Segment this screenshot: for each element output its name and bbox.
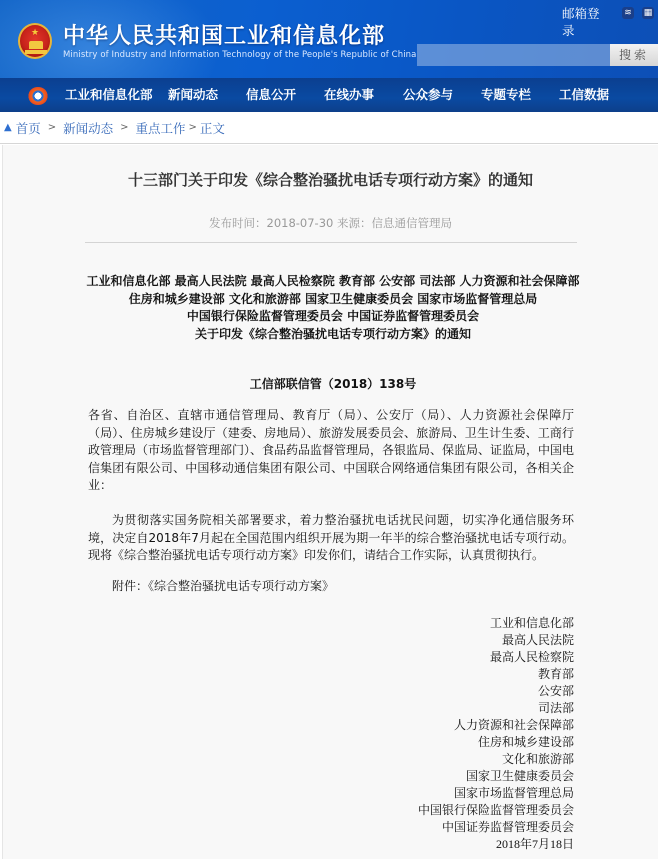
gate-icon: [29, 41, 43, 49]
nav-item-data[interactable]: 工信数据: [559, 78, 609, 112]
grid-icon[interactable]: ▦: [642, 7, 654, 19]
miit-logo-icon[interactable]: [28, 87, 48, 105]
search-button[interactable]: 搜索: [610, 44, 658, 66]
signature-line: 人力资源和社会保障部: [383, 717, 574, 734]
article-title: 十三部门关于印发《综合整治骚扰电话专项行动方案》的通知: [3, 169, 658, 190]
mail-login-link[interactable]: 邮箱登录: [562, 5, 604, 39]
addressee-paragraph: 各省、自治区、直辖市通信管理局、教育厅（局）、公安厅（局）、人力资源社会保障厅（…: [88, 407, 574, 495]
signature-line: 最高人民检察院: [383, 649, 574, 666]
signature-line: 文化和旅游部: [383, 751, 574, 768]
heading-line: 中国银行保险监督管理委员会 中国证券监督管理委员会: [85, 308, 581, 326]
breadcrumb-separator: >: [189, 122, 197, 133]
search-input[interactable]: [417, 44, 610, 66]
document-number: 工信部联信管（2018）138号: [85, 375, 581, 392]
home-icon[interactable]: ▲: [4, 122, 12, 133]
emblem-base: [25, 50, 47, 54]
article-container: 十三部门关于印发《综合整治骚扰电话专项行动方案》的通知 发布时间：2018-07…: [2, 145, 658, 859]
breadcrumb-key-work[interactable]: 重点工作: [136, 119, 186, 137]
signature-line: 教育部: [383, 666, 574, 683]
breadcrumb-separator: >: [120, 122, 128, 133]
signature-line: 中国证券监督管理委员会: [383, 819, 574, 836]
heading-line: 工业和信息化部 最高人民法院 最高人民检察院 教育部 公安部 司法部 人力资源和…: [85, 273, 581, 291]
signature-line: 中国银行保险监督管理委员会: [383, 802, 574, 819]
nav-item-info-disclosure[interactable]: 信息公开: [246, 78, 296, 112]
signature-line: 国家卫生健康委员会: [383, 768, 574, 785]
breadcrumb-news[interactable]: 新闻动态: [63, 119, 113, 137]
nav-item-online-services[interactable]: 在线办事: [324, 78, 374, 112]
document-heading: 工业和信息化部 最高人民法院 最高人民检察院 教育部 公安部 司法部 人力资源和…: [85, 273, 581, 343]
signature-line: 国家市场监督管理总局: [383, 785, 574, 802]
star-icon: ★: [31, 29, 39, 38]
signature-line: 最高人民法院: [383, 632, 574, 649]
signature-line: 公安部: [383, 683, 574, 700]
rss-icon[interactable]: ≋: [622, 7, 634, 19]
heading-line: 住房和城乡建设部 文化和旅游部 国家卫生健康委员会 国家市场监督管理总局: [85, 291, 581, 309]
breadcrumb-home[interactable]: 首页: [16, 119, 41, 137]
main-paragraph: 为贯彻落实国务院相关部署要求，着力整治骚扰电话扰民问题，切实净化通信服务环境，决…: [88, 512, 574, 565]
nav-item-news[interactable]: 新闻动态: [168, 78, 218, 112]
article-meta: 发布时间：2018-07-30 来源：信息通信管理局: [3, 215, 658, 231]
breadcrumb-current: 正文: [200, 119, 225, 137]
site-header: ★ 中华人民共和国工业和信息化部 Ministry of Industry an…: [0, 0, 658, 78]
divider: [85, 242, 577, 243]
signature-line: 住房和城乡建设部: [383, 734, 574, 751]
site-title[interactable]: 中华人民共和国工业和信息化部: [63, 19, 385, 50]
national-emblem-icon: ★: [18, 23, 52, 59]
site-subtitle: Ministry of Industry and Information Tec…: [63, 50, 416, 60]
breadcrumb-separator: >: [48, 122, 56, 133]
breadcrumb: ▲ 首页 > 新闻动态 > 重点工作 > 正文: [0, 112, 658, 144]
nav-item-special-topics[interactable]: 专题专栏: [481, 78, 531, 112]
main-nav: 工业和信息化部 新闻动态 信息公开 在线办事 公众参与 专题专栏 工信数据: [0, 78, 658, 112]
attachment-link[interactable]: 附件：《综合整治骚扰电话专项行动方案》: [88, 578, 574, 596]
document-date: 2018年7月18日: [383, 836, 574, 853]
signature-line: 工业和信息化部: [383, 615, 574, 632]
signature-line: 司法部: [383, 700, 574, 717]
nav-item-public-participation[interactable]: 公众参与: [403, 78, 453, 112]
signatures-block: 工业和信息化部 最高人民法院 最高人民检察院 教育部 公安部 司法部 人力资源和…: [383, 615, 574, 853]
heading-line: 关于印发《综合整治骚扰电话专项行动方案》的通知: [85, 326, 581, 344]
nav-item-miit[interactable]: 工业和信息化部: [65, 78, 153, 112]
